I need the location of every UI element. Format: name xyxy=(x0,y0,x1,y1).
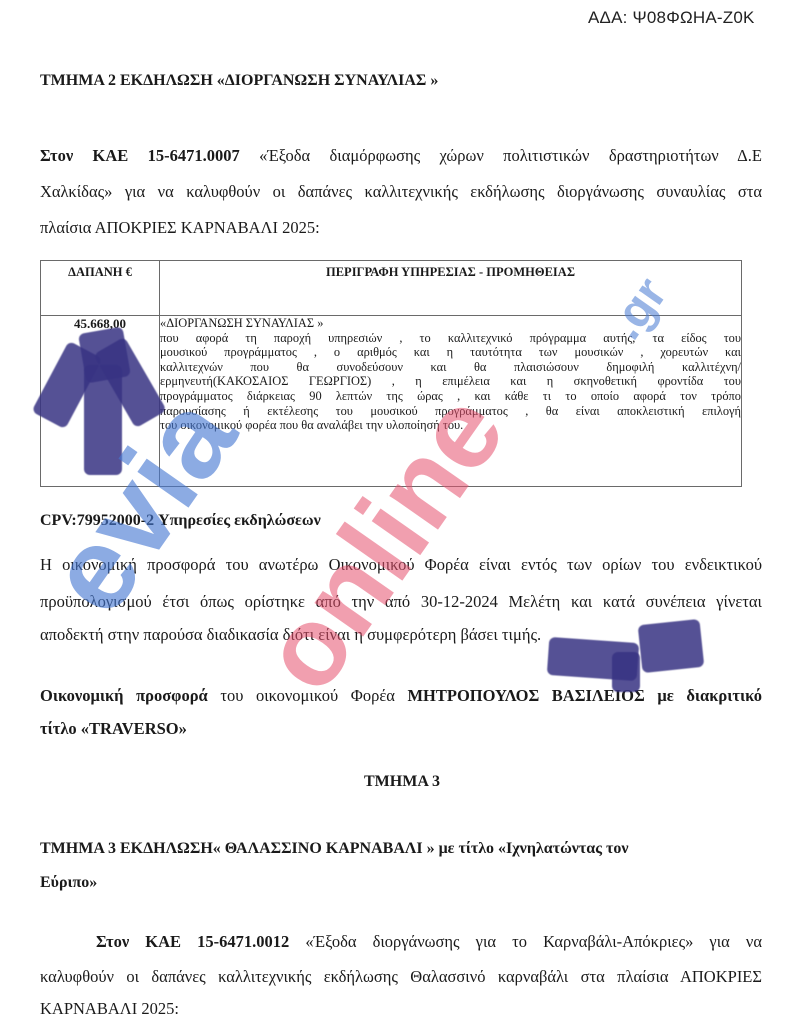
section2-heading: ΤΜΗΜΑ 2 ΕΚΔΗΛΩΣΗ «ΔΙΟΡΓΑΝΩΣΗ ΣΥΝΑΥΛΙΑΣ » xyxy=(40,72,438,90)
header-description: ΠΕΡΙΓΡΑΦΗ ΥΠΗΡΕΣΙΑΣ - ΠΡΟΜΗΘΕΙΑΣ xyxy=(160,261,742,316)
section3-kae-text: «Έξοδα διοργάνωσης για το Καρναβάλι-Απόκ… xyxy=(305,932,762,951)
description-title: «ΔΙΟΡΓΑΝΩΣΗ ΣΥΝΑΥΛΙΑΣ » xyxy=(160,316,741,331)
evaluation-line3: αποδεκτή στην παρούσα διαδικασία διότι ε… xyxy=(40,625,541,645)
description-line: μουσικού προγράμματος , ο αριθμός και η … xyxy=(160,345,741,360)
offer-label: Οικονομική προσφορά xyxy=(40,686,208,705)
section3-kae-line1: Στον ΚΑΕ 15-6471.0012 «Έξοδα διοργάνωσης… xyxy=(96,932,762,952)
section2-kae-line1: Στον ΚΑΕ 15-6471.0007 «Έξοδα διαμόρφωσης… xyxy=(40,146,762,166)
section3-heading-line1: ΤΜΗΜΑ 3 ΕΚΔΗΛΩΣΗ« ΘΑΛΑΣΣΙΝΟ ΚΑΡΝΑΒΑΛΙ » … xyxy=(40,840,629,858)
offer-mid: του οικονομικού Φορέα xyxy=(208,686,408,705)
evaluation-line1: Η οικονομική προσφορά του ανωτέρω Οικονο… xyxy=(40,555,762,575)
offer-line1: Οικονομική προσφορά του οικονομικού Φορέ… xyxy=(40,686,762,706)
offer-name: ΜΗΤΡΟΠΟΥΛΟΣ ΒΑΣΙΛΕΙΟΣ xyxy=(407,686,644,705)
section2-kae-label: Στον ΚΑΕ 15-6471.0007 xyxy=(40,146,240,165)
description-line: παρουσίασης ή εκτέλεσης του μουσικού προ… xyxy=(160,404,741,419)
section3-title: ΤΜΗΜΑ 3 xyxy=(0,773,804,791)
table-header-row: ΔΑΠΑΝΗ € ΠΕΡΙΓΡΑΦΗ ΥΠΗΡΕΣΙΑΣ - ΠΡΟΜΗΘΕΙΑ… xyxy=(41,261,742,316)
ada-code: ΑΔΑ: Ψ08ΦΩΗΑ-Ζ0Κ xyxy=(588,8,755,28)
section2-kae-text: «Έξοδα διαμόρφωσης χώρων πολιτιστικών δρ… xyxy=(259,146,762,165)
description-line: προγράμματος διάρκειας 90 λεπτών της ώρα… xyxy=(160,389,741,404)
description-line: που αφορά τη παροχή υπηρεσιών , το καλλι… xyxy=(160,331,741,346)
description-line: καλλιτεχνών που θα συνοδεύσουν και θα πλ… xyxy=(160,360,741,375)
cpv-code: CPV:79952000-2 Υπηρεσίες εκδηλώσεων xyxy=(40,512,321,530)
offer-end: με διακριτικό xyxy=(645,686,762,705)
description-line: ερμηνευτή(ΚΑΚΟΣΑΙΟΣ ΓΕΩΡΓΙΟΣ) , η επιμέλ… xyxy=(160,374,741,389)
service-description: «ΔΙΟΡΓΑΝΩΣΗ ΣΥΝΑΥΛΙΑΣ » που αφορά τη παρ… xyxy=(160,316,742,487)
header-cost: ΔΑΠΑΝΗ € xyxy=(41,261,160,316)
section2-kae-line3: πλαίσια ΑΠΟΚΡΙΕΣ ΚΑΡΝΑΒΑΛΙ 2025: xyxy=(40,218,320,238)
section3-kae-label: Στον ΚΑΕ 15-6471.0012 xyxy=(96,932,289,951)
section2-kae-line2: Χαλκίδας» για να καλυφθούν οι δαπάνες κα… xyxy=(40,182,762,202)
section3-heading-line2: Εύριπο» xyxy=(40,874,97,892)
offer-line2: τίτλο «TRAVERSO» xyxy=(40,719,187,739)
section3-kae-line2: καλυφθούν οι δαπάνες καλλιτεχνικής εκδήλ… xyxy=(40,967,762,987)
description-line: του οικονομικού φορέα που θα αναλάβει τη… xyxy=(160,418,741,433)
evaluation-line2: προϋπολογισμού έτσι όπως ορίστηκε από τη… xyxy=(40,592,762,612)
section3-kae-line3: ΚΑΡΝΑΒΑΛΙ 2025: xyxy=(40,999,179,1019)
